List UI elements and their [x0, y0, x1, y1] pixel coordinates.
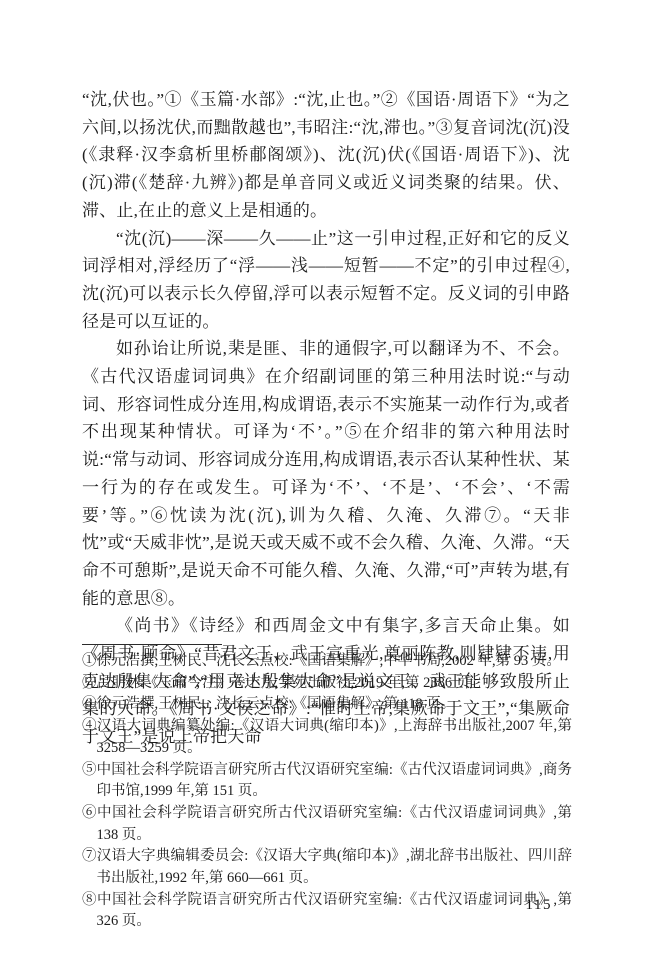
- footnote-item: ④汉语大词典编纂处编:《汉语大词典(缩印本)》,上海辞书出版社,2007 年,第…: [82, 716, 572, 759]
- footnote-item: ⑤中国社会科学院语言研究所古代汉语研究室编:《古代汉语虚词词典》,商务印书馆,1…: [82, 760, 572, 803]
- page-number: 115: [526, 897, 552, 914]
- paragraph: 如孙诒让所说,棐是匪、非的通假字,可以翻译为不、不会。《古代汉语虚词词典》在介绍…: [82, 335, 570, 612]
- footnotes: ①徐元浩撰,王树民、沈长云点校:《国语集解》,中华书局,2002 年,第 93 …: [82, 651, 572, 933]
- book-page: “沈,伏也。”①《玉篇·水部》:“沈,止也。”②《国语·周语下》“为之六间,以扬…: [0, 0, 650, 973]
- footnote-item: ⑦汉语大字典编辑委员会:《汉语大字典(缩印本)》,湖北辞书出版社、四川辞书出版社…: [82, 846, 572, 889]
- paragraph: “沈(沉)——深——久——止”这一引申过程,正好和它的反义词浮相对,浮经历了“浮…: [82, 225, 570, 336]
- footnote-item: ⑥中国社会科学院语言研究所古代汉语研究室编:《古代汉语虚词词典》,第 138 页…: [82, 803, 572, 846]
- paragraph: “沈,伏也。”①《玉篇·水部》:“沈,止也。”②《国语·周语下》“为之六间,以扬…: [82, 86, 570, 225]
- footnote-item: ③徐元浩撰,王树民、沈长云点校:《国语集解》,第 118 页。: [82, 694, 572, 716]
- footnote-item: ②吕朋林:《玉篇今注》卷十九,学苑出版社,2019 年,第 2386 页。: [82, 673, 572, 695]
- footnote-item: ①徐元浩撰,王树民、沈长云点校:《国语集解》,中华书局,2002 年,第 93 …: [82, 651, 572, 673]
- footnote-separator: [82, 644, 222, 645]
- footnote-item: ⑧中国社会科学院语言研究所古代汉语研究室编:《古代汉语虚词词典》,第 326 页…: [82, 890, 572, 933]
